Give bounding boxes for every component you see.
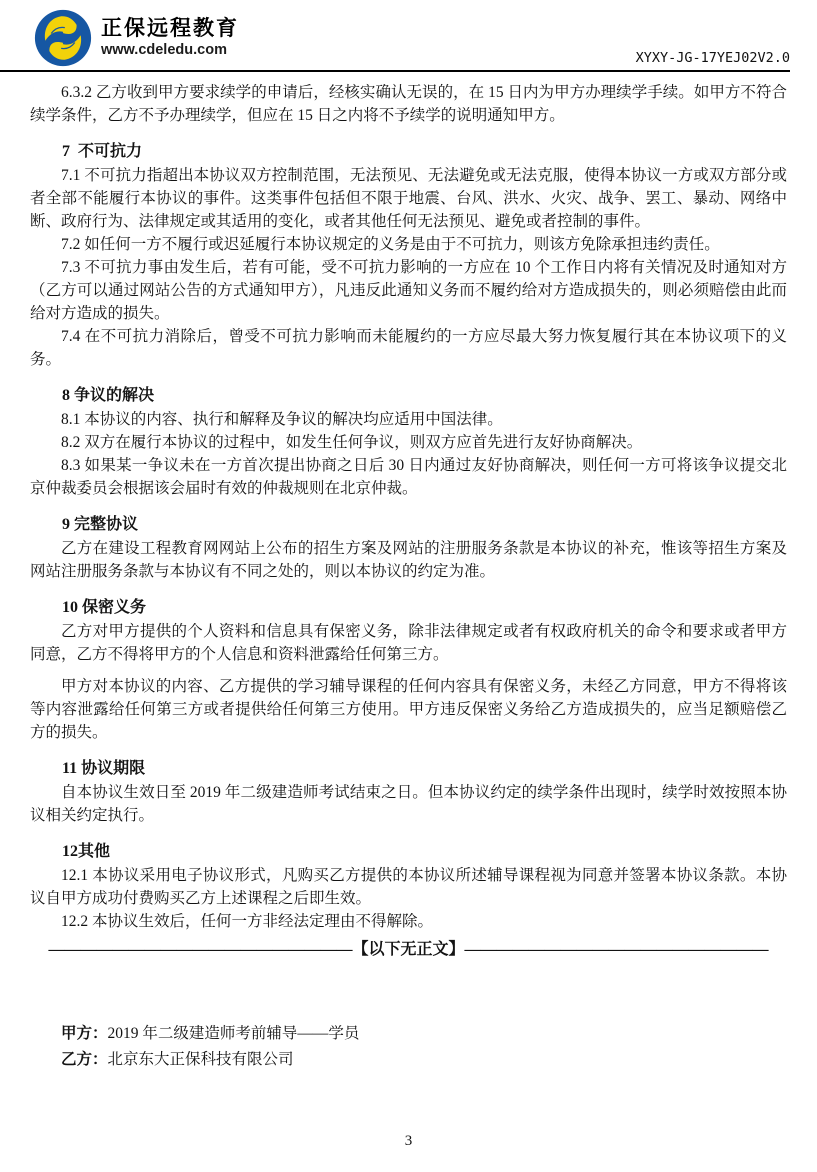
clause-8-3: 8.3 如果某一争议未在一方首次提出协商之日后 30 日内通过友好协商解决，则任… <box>30 454 787 500</box>
section-heading-8: 8 争议的解决 <box>30 384 787 407</box>
section-heading-10: 10 保密义务 <box>30 596 787 619</box>
clause-12-1: 12.1 本协议采用电子协议形式，凡购买乙方提供的本协议所述辅导课程视为同意并签… <box>30 864 787 910</box>
clause-10-1: 乙方对甲方提供的个人资料和信息具有保密义务，除非法律规定或者有权政府机关的命令和… <box>30 620 787 666</box>
clause-9: 乙方在建设工程教育网网站上公布的招生方案及网站的注册服务条款是本协议的补充，惟该… <box>30 537 787 583</box>
document-header: 正保远程教育 www.cdeledu.com XYXY-JG-17YEJ02V2… <box>0 0 817 67</box>
section-heading-12: 12其他 <box>30 840 787 863</box>
brand-url: www.cdeledu.com <box>101 42 239 59</box>
party-a-label: 甲方： <box>61 1025 108 1042</box>
cdel-swirl-logo-icon <box>34 9 92 67</box>
clause-11: 自本协议生效日至 2019 年二级建造师考试结束之日。但本协议约定的续学条件出现… <box>30 781 787 827</box>
clause-7-4: 7.4 在不可抗力消除后，曾受不可抗力影响而未能履约的一方应尽最大努力恢复履行其… <box>30 325 787 371</box>
party-b-label: 乙方： <box>61 1051 108 1068</box>
party-a-row: 甲方：2019 年二级建造师考前辅导——学员 <box>61 1021 787 1047</box>
clause-10-2: 甲方对本协议的内容、乙方提供的学习辅导课程的任何内容具有保密义务，未经乙方同意，… <box>30 675 787 744</box>
clause-7-2: 7.2 如任何一方不履行或迟延履行本协议规定的义务是由于不可抗力，则该方免除承担… <box>30 233 787 256</box>
signature-block: 甲方：2019 年二级建造师考前辅导——学员 乙方：北京东大正保科技有限公司 <box>30 1021 787 1073</box>
page-number: 3 <box>0 1133 817 1150</box>
contract-body: 6.3.2 乙方收到甲方要求续学的申请后，经核实确认无误的，在 15 日内为甲方… <box>0 72 817 1073</box>
brand-logo: 正保远程教育 www.cdeledu.com <box>34 9 239 67</box>
no-more-text-separator: ———————————————————【以下无正文】——————————————… <box>30 938 787 961</box>
clause-7-3: 7.3 不可抗力事由发生后，若有可能，受不可抗力影响的一方应在 10 个工作日内… <box>30 256 787 325</box>
section-heading-9: 9 完整协议 <box>30 513 787 536</box>
clause-8-1: 8.1 本协议的内容、执行和解释及争议的解决均应适用中国法律。 <box>30 408 787 431</box>
brand-title: 正保远程教育 <box>101 16 239 42</box>
clause-6-3-2: 6.3.2 乙方收到甲方要求续学的申请后，经核实确认无误的，在 15 日内为甲方… <box>30 81 787 127</box>
document-number: XYXY-JG-17YEJ02V2.0 <box>636 50 790 67</box>
clause-7-1: 7.1 不可抗力指超出本协议双方控制范围，无法预见、无法避免或无法克服，使得本协… <box>30 164 787 233</box>
section-heading-11: 11 协议期限 <box>30 757 787 780</box>
party-a-value: 2019 年二级建造师考前辅导——学员 <box>108 1025 360 1042</box>
party-b-row: 乙方：北京东大正保科技有限公司 <box>61 1047 787 1073</box>
clause-8-2: 8.2 双方在履行本协议的过程中，如发生任何争议，则双方应首先进行友好协商解决。 <box>30 431 787 454</box>
section-heading-7: 7 不可抗力 <box>30 140 787 163</box>
party-b-value: 北京东大正保科技有限公司 <box>108 1051 294 1068</box>
brand-text: 正保远程教育 www.cdeledu.com <box>101 16 239 60</box>
clause-12-2: 12.2 本协议生效后，任何一方非经法定理由不得解除。 <box>30 910 787 933</box>
